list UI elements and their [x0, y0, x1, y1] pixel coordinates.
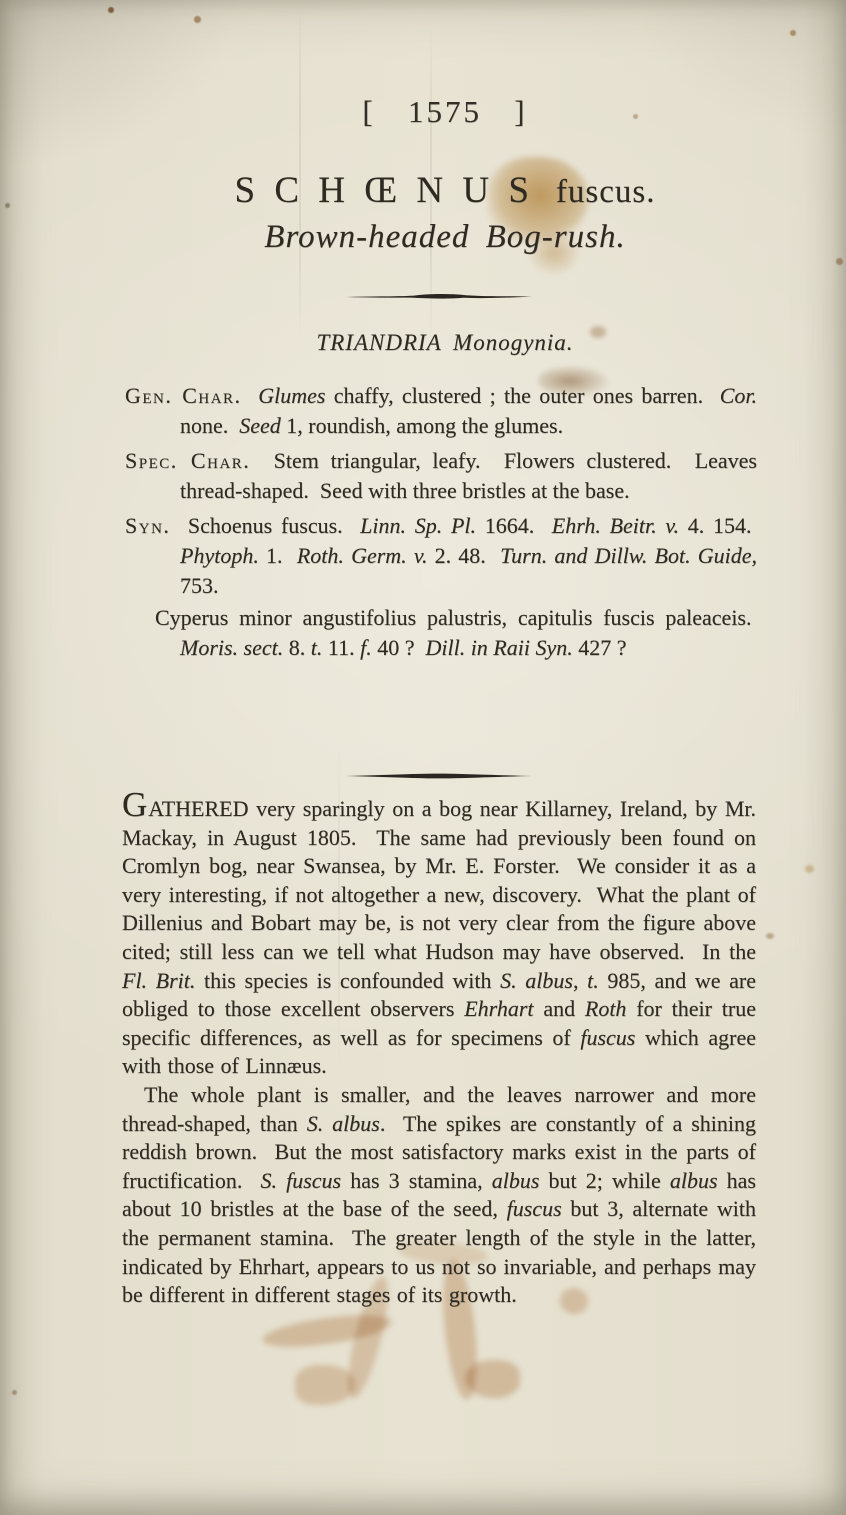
paper-speck [108, 7, 114, 13]
entry-syn-continued: Cyperus minor angustifolius palustris, c… [125, 603, 757, 663]
italic-text-run: Dill. in Raii Syn. [425, 635, 572, 660]
scanned-book-page: [ 1575 ] S C H Œ N U Sfuscus. Brown-head… [0, 0, 846, 1515]
ornamental-rule [344, 771, 534, 781]
paper-speck [805, 865, 814, 873]
text-run: but 2; while [539, 1168, 669, 1193]
italic-text-run: Ehrhart [464, 996, 533, 1021]
italic-text-run: Linn. Sp. Pl. [360, 513, 476, 538]
smallcaps-text-run: Syn. [125, 513, 170, 538]
text-run: this species is confounded with [195, 968, 500, 993]
text-run: , [573, 968, 587, 993]
classification-heading: TRIANDRIA Monogynia. [125, 330, 765, 356]
text-run: chaffy, clustered ; the outer ones barre… [325, 383, 719, 408]
entry-gen-char: Gen. Char. Glumes chaffy, clustered ; th… [125, 381, 757, 441]
text-run: very sparingly on a bog near Killarney, … [122, 796, 756, 964]
description-entries: Gen. Char. Glumes chaffy, clustered ; th… [125, 381, 757, 663]
text-run: Cyperus minor angustifolius palustris, c… [155, 605, 757, 630]
text-run: Stem triangular, leafy. Flowers clustere… [180, 448, 757, 503]
text-run: none. [180, 413, 239, 438]
paper-stain-rust [295, 1365, 355, 1405]
italic-text-run: Fl. Brit. [122, 968, 195, 993]
italic-text-run: Roth [585, 996, 627, 1021]
italic-text-run: S. albus [500, 968, 573, 993]
text-run: 11. [322, 635, 360, 660]
text-run: has 3 stamina, [341, 1168, 492, 1193]
text-run: 1, roundish, among the glumes. [281, 413, 563, 438]
italic-text-run: albus [492, 1168, 540, 1193]
page-number: [ 1575 ] [125, 94, 765, 130]
ornamental-rule [344, 291, 534, 301]
smallcaps-text-run: Spec. Char. [125, 448, 250, 473]
text-run: and [534, 996, 585, 1021]
italic-text-run: albus [670, 1168, 718, 1193]
page-title: S C H Œ N U Sfuscus. [125, 169, 765, 212]
paper-speck [790, 30, 796, 36]
italic-text-run: S. albus [307, 1111, 380, 1136]
text-run: 1664. [476, 513, 552, 538]
italic-text-run: Ehrh. Beitr. v. [552, 513, 679, 538]
text-run: 4. 154. [679, 513, 757, 538]
italic-text-run: t. [311, 635, 323, 660]
entry-syn: Syn. Schoenus fuscus. Linn. Sp. Pl. 1664… [125, 511, 757, 601]
paper-speck [194, 16, 201, 23]
entry-spec-char: Spec. Char. Stem triangular, leafy. Flow… [125, 446, 757, 506]
italic-text-run: fuscus [507, 1196, 562, 1221]
text-run: ATHERED [148, 796, 248, 821]
italic-text-run: Turn. and Dillw. Bot. Guide, [500, 543, 757, 568]
text-run: 2. 48. [427, 543, 500, 568]
italic-text-run: S. fuscus [261, 1168, 342, 1193]
text-run [242, 383, 259, 408]
text-run: 8. [283, 635, 311, 660]
paragraph-1: GATHERED very sparingly on a bog near Ki… [122, 795, 756, 1081]
text-run: G [122, 785, 148, 824]
genus-name: S C H Œ N U S [235, 170, 534, 211]
body-text: GATHERED very sparingly on a bog near Ki… [122, 795, 756, 1310]
text-run: Schoenus fuscus. [170, 513, 360, 538]
italic-text-run: Roth. Germ. v. [297, 543, 428, 568]
paragraph-2: The whole plant is smaller, and the leav… [122, 1081, 756, 1310]
paper-stain-rust [261, 1309, 393, 1353]
paper-speck [836, 258, 843, 265]
italic-text-run: fuscus [580, 1025, 635, 1050]
italic-text-run: Seed [239, 413, 281, 438]
text-run: 1. [259, 543, 297, 568]
species-epithet: fuscus. [556, 174, 656, 210]
italic-text-run: Moris. sect. [180, 635, 283, 660]
italic-text-run: Cor. [720, 383, 757, 408]
paper-speck [766, 933, 774, 939]
italic-text-run: Phytoph. [180, 543, 259, 568]
common-name-subtitle: Brown-headed Bog-rush. [125, 219, 765, 256]
text-run: 427 ? [573, 635, 627, 660]
italic-text-run: f. [360, 635, 372, 660]
paper-speck [5, 203, 10, 208]
text-run: 753. [180, 573, 219, 598]
smallcaps-text-run: Gen. Char. [125, 383, 242, 408]
italic-text-run: Glumes [258, 383, 325, 408]
text-run: 40 ? [372, 635, 426, 660]
italic-text-run: t. [587, 968, 599, 993]
paper-speck [12, 1390, 17, 1395]
paper-stain-rust [465, 1360, 520, 1398]
